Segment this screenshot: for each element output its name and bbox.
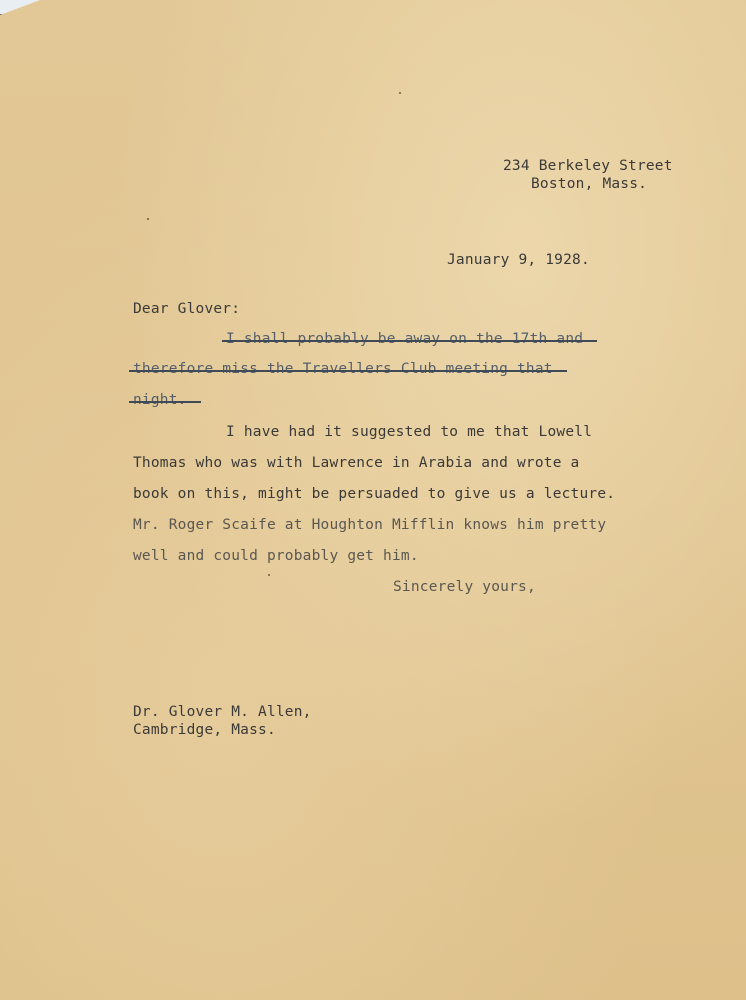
body-line-1: I have had it suggested to me that Lowel… [226, 423, 592, 441]
struck-text: I shall probably be away on the 17th and [226, 331, 583, 347]
sender-address-line2: Boston, Mass. [531, 175, 647, 193]
letter-page: 234 Berkeley Street Boston, Mass. Januar… [0, 0, 746, 1000]
struck-text: therefore miss the Travellers Club meeti… [133, 361, 553, 377]
body-line-3: book on this, might be persuaded to give… [133, 485, 615, 503]
struck-text: night. [133, 392, 187, 408]
closing: Sincerely yours, [393, 578, 536, 596]
salutation: Dear Glover: [133, 300, 240, 318]
body-line-2: Thomas who was with Lawrence in Arabia a… [133, 454, 580, 472]
ink-speck [399, 92, 401, 94]
struck-line-2: therefore miss the Travellers Club meeti… [133, 360, 553, 378]
sender-address-line1: 234 Berkeley Street [503, 157, 673, 175]
ink-speck [268, 574, 270, 576]
recipient-line2: Cambridge, Mass. [133, 721, 276, 739]
struck-line-3: night. [133, 391, 187, 409]
recipient-line1: Dr. Glover M. Allen, [133, 703, 312, 721]
letter-date: January 9, 1928. [447, 251, 590, 269]
body-line-5: well and could probably get him. [133, 547, 419, 565]
struck-line-1: I shall probably be away on the 17th and [226, 330, 583, 348]
folded-corner [0, 0, 40, 15]
ink-speck [147, 218, 149, 220]
body-line-4: Mr. Roger Scaife at Houghton Mifflin kno… [133, 516, 606, 534]
